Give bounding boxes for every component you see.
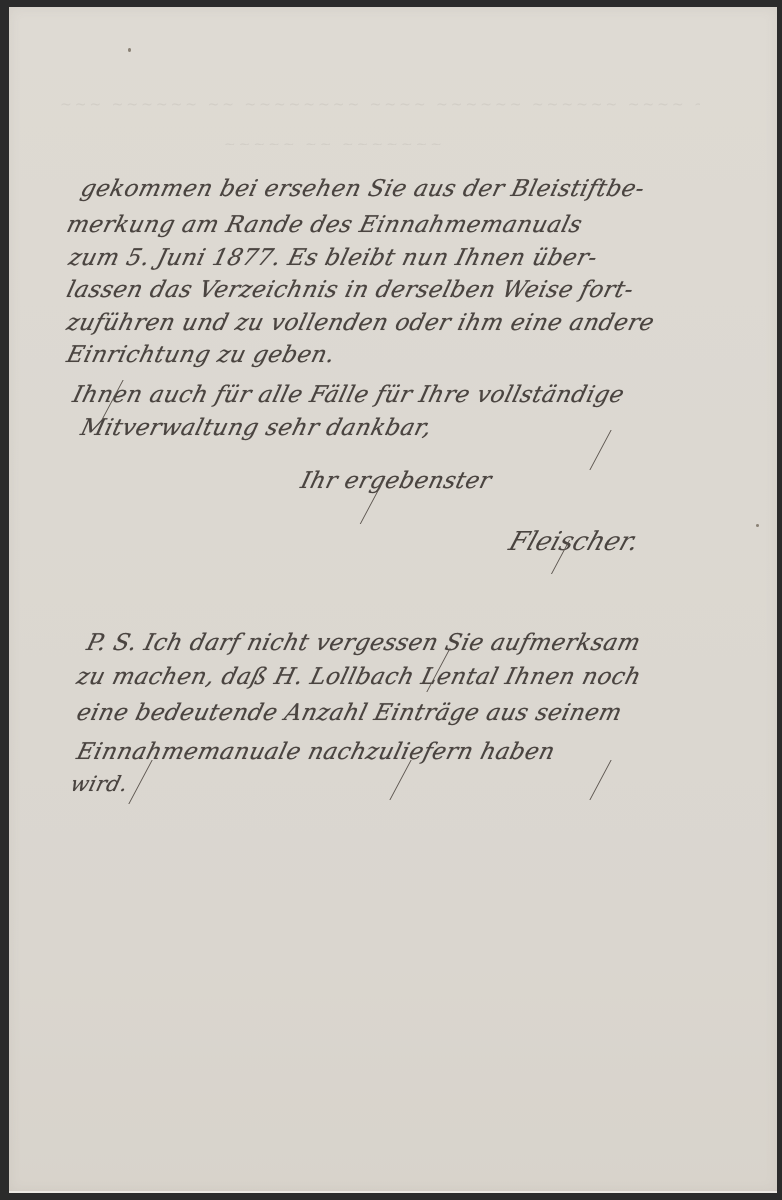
body-line-7: Ihnen auch für alle Fälle für Ihre volls… bbox=[70, 382, 627, 408]
valediction: Ihr ergebenster bbox=[298, 468, 494, 494]
postscript-line-5: wird. bbox=[68, 772, 131, 796]
body-line-3: zum 5. Juni 1877. Es bleibt nun Ihnen üb… bbox=[66, 245, 600, 271]
signature: Fleischer. bbox=[505, 527, 643, 557]
body-line-2: merkung am Rande des Einnahmemanuals bbox=[64, 212, 585, 238]
letter-page: gekommen bei ersehen Sie aus der Bleisti… bbox=[0, 0, 782, 1200]
postscript-line-4: Einnahmemanuale nachzuliefern haben bbox=[74, 739, 558, 765]
body-line-8: Mitverwaltung sehr dankbar, bbox=[78, 415, 435, 441]
ink-flourish bbox=[589, 430, 611, 470]
postscript-line-3: eine bedeutende Anzahl Einträge aus sein… bbox=[74, 700, 625, 726]
postscript-line-2: zu machen, daß H. Lollbach Lental Ihnen … bbox=[74, 664, 644, 690]
body-line-6: Einrichtung zu geben. bbox=[64, 342, 338, 368]
ink-flourish bbox=[389, 760, 411, 800]
postscript-line-1: P. S. Ich darf nicht vergessen Sie aufme… bbox=[84, 630, 643, 656]
body-line-5: zuführen und zu vollenden oder ihm eine … bbox=[64, 310, 657, 336]
ink-flourish bbox=[128, 760, 152, 804]
body-line-4: lassen das Verzeichnis in derselben Weis… bbox=[64, 277, 636, 303]
body-line-1: gekommen bei ersehen Sie aus der Bleisti… bbox=[78, 176, 647, 202]
ink-flourish bbox=[589, 760, 611, 800]
scan-frame: ~~~ ~~~~~~ ~~ ~~~~~~~~ ~~~~ ~~~~~~ ~~~~~… bbox=[0, 0, 782, 1200]
